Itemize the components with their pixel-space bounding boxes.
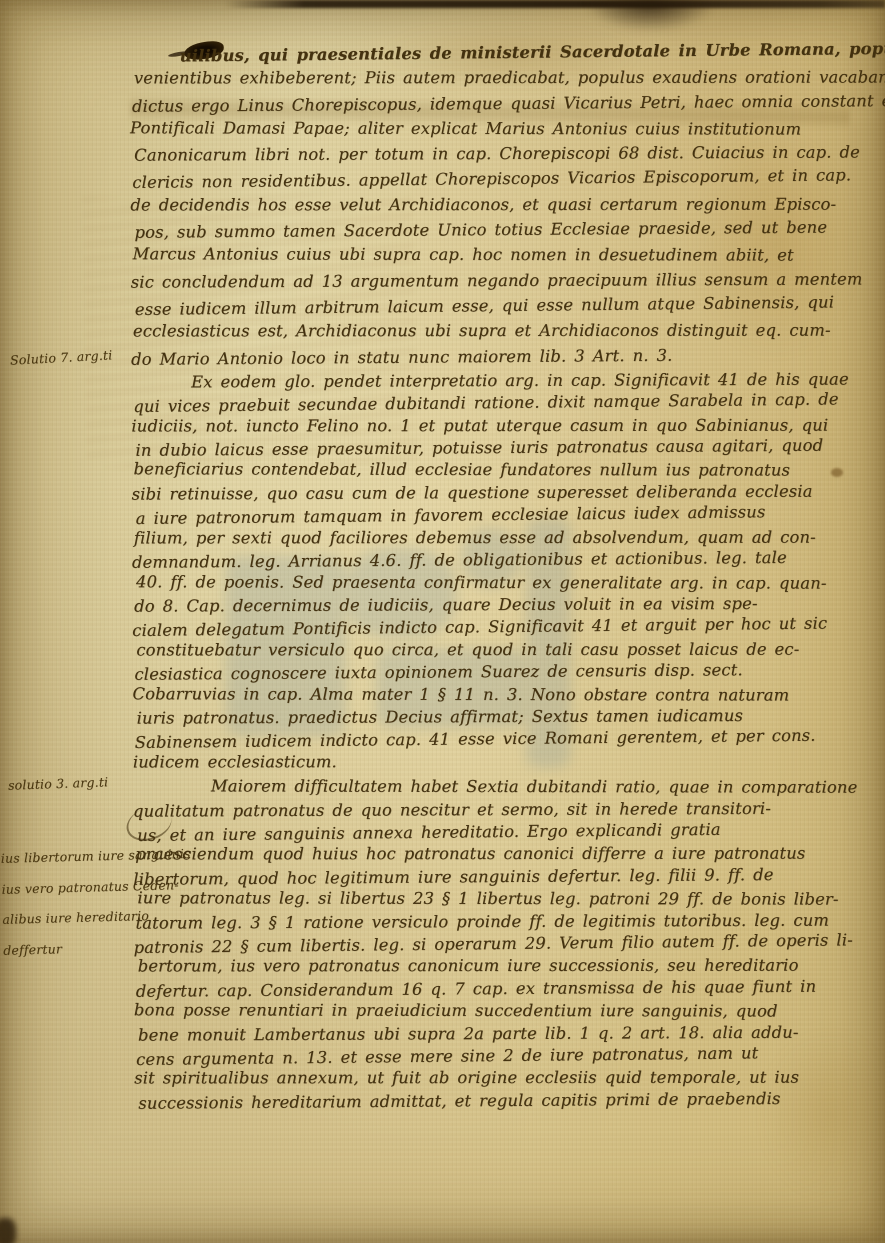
margin-note-line: ius libertorum iure sanguinis — [0, 840, 141, 874]
paragraph: Ex eodem glo. pendet interpretatio arg. … — [133, 368, 879, 775]
manuscript-line: bona posse renuntiari in praeiudicium su… — [134, 1000, 878, 1024]
manuscript-line: clesiastica cognoscere iuxta opinionem S… — [134, 658, 878, 686]
manuscript-line: praesciendum quod huius hoc patronatus c… — [135, 843, 879, 866]
manuscript-line: iudiciis, not. iuncto Felino no. 1 et pu… — [131, 414, 875, 437]
manuscript-line: dictus ergo Linus Chorepiscopus, idemque… — [132, 88, 876, 119]
manuscript-line: venientibus exhibeberent; Piis autem pra… — [134, 65, 878, 91]
manuscript-line: Pontificali Damasi Papae; aliter explica… — [130, 115, 874, 142]
margin-note-line: deffertur — [3, 932, 144, 966]
manuscript-line: iudicem ecclesiasticum. — [133, 750, 877, 773]
manuscript-line: demnandum. leg. Arrianus 4.6. ff. de obl… — [132, 546, 876, 574]
manuscript-line: iure patronatus leg. si libertus 23 § 1 … — [137, 887, 881, 911]
manuscript-line: sit spiritualibus annexum, ut fuit ab or… — [134, 1067, 878, 1090]
manuscript-line: bertorum, ius vero patronatus canonicum … — [138, 955, 882, 978]
margin-note-line: ius vero patronatus Ceden- — [1, 871, 142, 905]
paragraph: uilibus, qui praesentiales de ministerii… — [132, 38, 877, 370]
manuscript-page: Solutio 7. arg.ti solutio 3. arg.ti ius … — [0, 0, 885, 1243]
manuscript-line: successionis hereditarium admittat, et r… — [138, 1087, 882, 1115]
manuscript-line: Marcus Antonius cuius ubi supra cap. hoc… — [133, 242, 877, 269]
margin-note-solutio-8: solutio 3. arg.ti — [8, 774, 109, 792]
manuscript-line: do Mario Antonio loco in statu nunc maio… — [131, 341, 875, 372]
manuscript-line: beneficiarius contendebat, illud ecclesi… — [134, 459, 878, 483]
manuscript-line: Cobarruvias in cap. Alma mater 1 § 11 n.… — [132, 683, 876, 707]
margin-note-ius-libertorum: ius libertorum iure sanguinisius vero pa… — [0, 840, 143, 966]
margin-note-line: alibus iure hereditario — [2, 901, 143, 935]
page-corner-shadow — [0, 1218, 16, 1243]
text-block: uilibus, qui praesentiales de ministerii… — [132, 38, 881, 1114]
page-top-edge — [225, 0, 885, 8]
margin-note-solutio-7: Solutio 7. arg.ti — [10, 347, 113, 367]
paragraph: Maiorem difficultatem habet Sextia dubit… — [135, 775, 880, 1114]
manuscript-line: ecclesiasticus est, Archidiaconus ubi su… — [133, 318, 877, 344]
manuscript-line: 40. ff. de poenis. Sed praesenta confirm… — [136, 571, 880, 595]
manuscript-line: Maiorem difficultatem habet Sextia dubit… — [135, 775, 879, 799]
page-top-shadow — [588, 0, 713, 30]
manuscript-line: de decidendis hos esse velut Archidiacon… — [130, 191, 874, 217]
